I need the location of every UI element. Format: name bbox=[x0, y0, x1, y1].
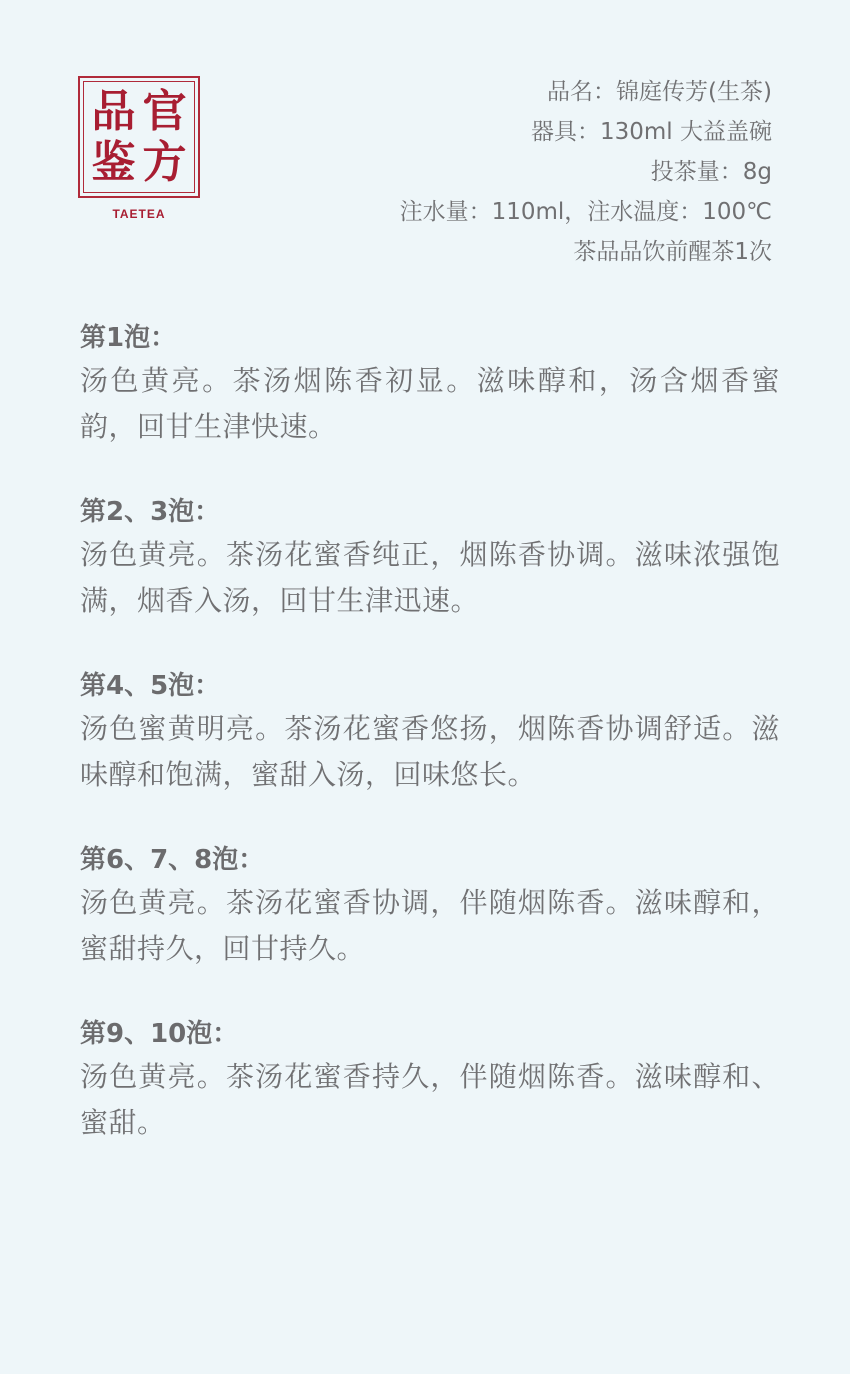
spec-vessel: 器具：130ml 大益盖碗 bbox=[400, 112, 772, 152]
logo-char: 方 bbox=[143, 141, 187, 185]
tea-spec-block: 品名：锦庭传芳(生茶) 器具：130ml 大益盖碗 投茶量：8g 注水量：110… bbox=[400, 72, 772, 272]
logo-char: 官 bbox=[143, 90, 187, 134]
logo-char: 品 bbox=[92, 90, 136, 134]
infusion-title: 第6、7、8泡： bbox=[80, 840, 780, 880]
spec-water: 注水量：110ml，注水温度：100℃ bbox=[400, 192, 772, 232]
logo-brand-text: TAETEA bbox=[78, 207, 200, 221]
logo-char: 鉴 bbox=[92, 141, 136, 185]
brewing-notes: 第1泡： 汤色黄亮。茶汤烟陈香初显。滋味醇和，汤含烟香蜜韵，回甘生津快速。 第2… bbox=[80, 318, 780, 1188]
infusion-notes: 汤色蜜黄明亮。茶汤花蜜香悠扬，烟陈香协调舒适。滋味醇和饱满，蜜甜入汤，回味悠长。 bbox=[80, 706, 780, 798]
infusion-notes: 汤色黄亮。茶汤花蜜香纯正，烟陈香协调。滋味浓强饱满，烟香入汤，回甘生津迅速。 bbox=[80, 532, 780, 624]
infusion-title: 第9、10泡： bbox=[80, 1014, 780, 1054]
infusion-section: 第1泡： 汤色黄亮。茶汤烟陈香初显。滋味醇和，汤含烟香蜜韵，回甘生津快速。 bbox=[80, 318, 780, 450]
infusion-notes: 汤色黄亮。茶汤花蜜香协调，伴随烟陈香。滋味醇和，蜜甜持久，回甘持久。 bbox=[80, 880, 780, 972]
spec-tea-amount: 投茶量：8g bbox=[400, 152, 772, 192]
logo-frame: 品 官 鉴 方 bbox=[83, 81, 195, 193]
infusion-notes: 汤色黄亮。茶汤烟陈香初显。滋味醇和，汤含烟香蜜韵，回甘生津快速。 bbox=[80, 358, 780, 450]
infusion-title: 第1泡： bbox=[80, 318, 780, 358]
spec-rinse: 茶品品饮前醒茶1次 bbox=[400, 232, 772, 272]
infusion-title: 第4、5泡： bbox=[80, 666, 780, 706]
infusion-section: 第4、5泡： 汤色蜜黄明亮。茶汤花蜜香悠扬，烟陈香协调舒适。滋味醇和饱满，蜜甜入… bbox=[80, 666, 780, 798]
spec-product-name: 品名：锦庭传芳(生茶) bbox=[400, 72, 772, 112]
infusion-section: 第9、10泡： 汤色黄亮。茶汤花蜜香持久，伴随烟陈香。滋味醇和、蜜甜。 bbox=[80, 1014, 780, 1146]
infusion-notes: 汤色黄亮。茶汤花蜜香持久，伴随烟陈香。滋味醇和、蜜甜。 bbox=[80, 1054, 780, 1146]
infusion-section: 第2、3泡： 汤色黄亮。茶汤花蜜香纯正，烟陈香协调。滋味浓强饱满，烟香入汤，回甘… bbox=[80, 492, 780, 624]
brand-logo: 品 官 鉴 方 bbox=[78, 76, 200, 198]
infusion-section: 第6、7、8泡： 汤色黄亮。茶汤花蜜香协调，伴随烟陈香。滋味醇和，蜜甜持久，回甘… bbox=[80, 840, 780, 972]
infusion-title: 第2、3泡： bbox=[80, 492, 780, 532]
